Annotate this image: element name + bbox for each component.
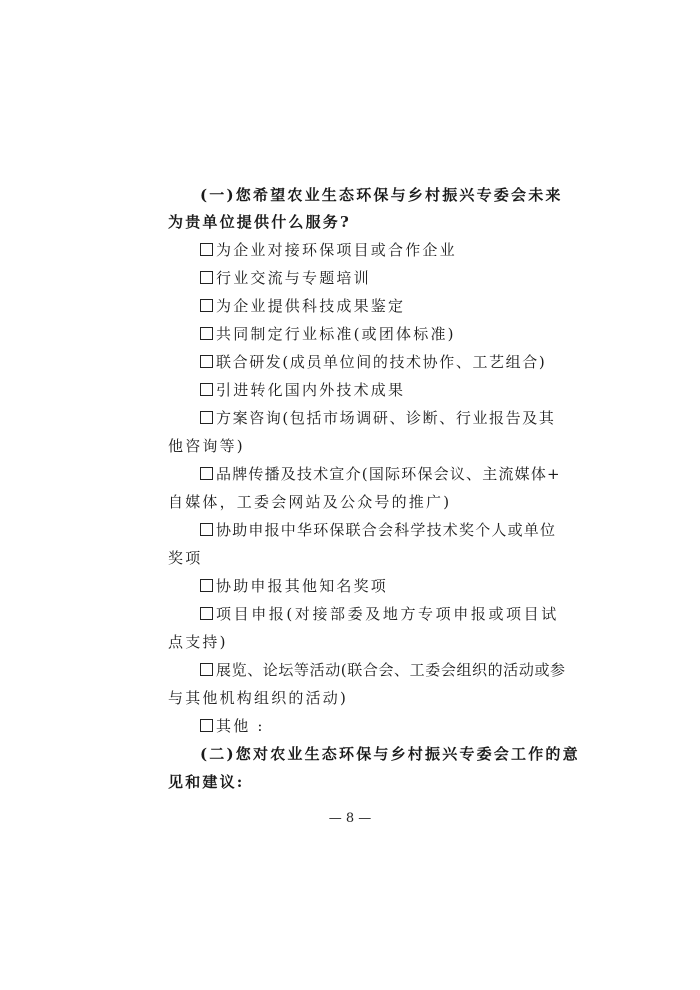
question-1-line-1: (一)您希望农业生态环保与乡村振兴专委会未来 bbox=[200, 185, 536, 205]
question-2-line-1: (二)您对农业生态环保与乡村振兴专委会工作的意 bbox=[200, 744, 536, 764]
checkbox-icon[interactable] bbox=[200, 411, 213, 424]
question-2-line-2: 见和建议: bbox=[168, 772, 536, 792]
option-label: 方案咨询(包括市场调研、诊断、行业报告及其 bbox=[216, 409, 555, 427]
option-project-application[interactable]: 项目申报(对接部委及地方专项申报或项目试 bbox=[200, 604, 536, 624]
option-industry-exchange[interactable]: 行业交流与专题培训 bbox=[200, 268, 536, 288]
option-label: 行业交流与专题培训 bbox=[216, 269, 371, 287]
option-standards[interactable]: 共同制定行业标准(或团体标准) bbox=[200, 324, 536, 344]
option-label: 展览、论坛等活动(联合会、工委会组织的活动或参 bbox=[216, 661, 566, 679]
checkbox-icon[interactable] bbox=[200, 607, 213, 620]
option-label: 为企业提供科技成果鉴定 bbox=[216, 297, 405, 315]
option-label: 引进转化国内外技术成果 bbox=[216, 381, 405, 399]
option-award-application[interactable]: 协助申报中华环保联合会科学技术奖个人或单位 bbox=[200, 520, 536, 540]
checkbox-icon[interactable] bbox=[200, 243, 213, 256]
option-label: 品牌传播及技术宣介(国际环保会议、主流媒体+ bbox=[216, 465, 561, 483]
option-tech-transfer[interactable]: 引进转化国内外技术成果 bbox=[200, 380, 536, 400]
option-label: 协助申报中华环保联合会科学技术奖个人或单位 bbox=[216, 521, 556, 539]
checkbox-icon[interactable] bbox=[200, 355, 213, 368]
checkbox-icon[interactable] bbox=[200, 467, 213, 480]
checkbox-icon[interactable] bbox=[200, 271, 213, 284]
option-consulting-line-2: 他咨询等) bbox=[168, 436, 536, 456]
document-page: (一)您希望农业生态环保与乡村振兴专委会未来 为贵单位提供什么服务? 为企业对接… bbox=[0, 0, 700, 990]
checkbox-icon[interactable] bbox=[200, 663, 213, 676]
checkbox-icon[interactable] bbox=[200, 383, 213, 396]
option-project-matching[interactable]: 为企业对接环保项目或合作企业 bbox=[200, 240, 536, 260]
option-label: 为企业对接环保项目或合作企业 bbox=[216, 241, 457, 259]
option-exhibitions-forums[interactable]: 展览、论坛等活动(联合会、工委会组织的活动或参 bbox=[200, 660, 536, 680]
option-label: 联合研发(成员单位间的技术协作、工艺组合) bbox=[216, 353, 546, 371]
checkbox-icon[interactable] bbox=[200, 719, 213, 732]
checkbox-icon[interactable] bbox=[200, 523, 213, 536]
page-number: — 8 — bbox=[0, 810, 700, 828]
option-award-application-line-2: 奖项 bbox=[168, 548, 536, 568]
checkbox-icon[interactable] bbox=[200, 579, 213, 592]
option-joint-rnd[interactable]: 联合研发(成员单位间的技术协作、工艺组合) bbox=[200, 352, 536, 372]
option-label: 协助申报其他知名奖项 bbox=[216, 577, 388, 595]
option-label: 共同制定行业标准(或团体标准) bbox=[216, 325, 456, 343]
checkbox-icon[interactable] bbox=[200, 299, 213, 312]
checkbox-icon[interactable] bbox=[200, 327, 213, 340]
option-consulting[interactable]: 方案咨询(包括市场调研、诊断、行业报告及其 bbox=[200, 408, 536, 428]
option-label: 项目申报(对接部委及地方专项申报或项目试 bbox=[216, 605, 559, 623]
option-brand-promotion-line-2: 自媒体，工委会网站及公众号的推广) bbox=[168, 492, 536, 512]
option-exhibitions-forums-line-2: 与其他机构组织的活动) bbox=[168, 688, 536, 708]
option-brand-promotion[interactable]: 品牌传播及技术宣介(国际环保会议、主流媒体+ bbox=[200, 464, 536, 484]
question-1-line-2: 为贵单位提供什么服务? bbox=[168, 212, 536, 232]
option-other-awards[interactable]: 协助申报其他知名奖项 bbox=[200, 576, 536, 596]
option-tech-appraisal[interactable]: 为企业提供科技成果鉴定 bbox=[200, 296, 536, 316]
option-other[interactable]: 其他 : bbox=[200, 716, 536, 736]
option-project-application-line-2: 点支持) bbox=[168, 632, 536, 652]
option-label: 其他 : bbox=[216, 717, 265, 735]
